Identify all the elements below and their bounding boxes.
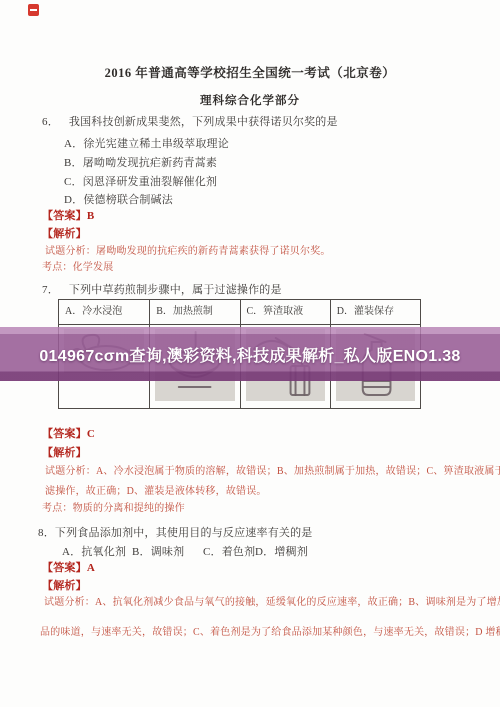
- q6-number: 6．: [42, 116, 59, 128]
- q6-keypoint: 考点：化学发展: [42, 262, 113, 273]
- q6-answer-label: 【答案】: [42, 210, 87, 222]
- q6-option-d: D．侯德榜联合制碱法: [64, 194, 173, 206]
- ad-banner-text: 014967cσm查询,澳彩资料,科技成果解析_私人版ENO1.38: [39, 343, 460, 366]
- q6-option-c: C．闵恩泽研发重油裂解催化剂: [64, 176, 217, 188]
- exam-document-page: 2016 年普通高等学校招生全国统一考试（北京卷） 理科综合化学部分 6．我国科…: [0, 0, 500, 707]
- q6-stem-text: 我国科技创新成果斐然，下列成果中获得诺贝尔奖的是: [69, 116, 338, 128]
- q8-analysis-line2: 品的味道，与速率无关，故错误；C、着色剂是为了给食品添加某种颜色，与速率无关，故…: [40, 627, 500, 638]
- q7-table-header-c: C．箅渣取液: [241, 300, 330, 325]
- q7-table-header-a: A．冷水浸泡: [59, 300, 149, 325]
- q7-analysis-line2: 滤操作，故正确；D、灌装是液体转移，故错误。: [45, 486, 267, 497]
- red-seal-icon: [28, 4, 39, 16]
- exam-subtitle: 理科综合化学部分: [0, 92, 500, 108]
- q7-number: 7．: [42, 284, 59, 296]
- q6-option-b: B．屠呦呦发现抗疟新药青蒿素: [64, 157, 217, 169]
- q6-option-a: A．徐光宪建立稀土串级萃取理论: [64, 138, 229, 150]
- q8-stem-line: 8．下列食品添加剂中，其使用目的与反应速率有关的是: [38, 527, 313, 539]
- q6-answer-value: B: [87, 210, 95, 222]
- q6-stem-line: 6．我国科技创新成果斐然，下列成果中获得诺贝尔奖的是: [42, 116, 338, 128]
- q8-analysis-line1: 试题分析：A、抗氧化剂减少食品与氧气的接触，延缓氧化的反应速率，故正确；B、调味…: [44, 597, 500, 608]
- q6-analysis-text: 试题分析：屠呦呦发现的抗疟疾的新药青蒿素获得了诺贝尔奖。: [45, 246, 331, 257]
- q8-option-a: A．抗氧化剂: [62, 546, 126, 558]
- q7-stem-text: 下列中草药煎制步骤中，属于过滤操作的是: [69, 284, 282, 296]
- q8-answer-value: A: [87, 562, 95, 574]
- q7-table-header-b: B．加热煎制: [150, 300, 239, 325]
- q7-answer-value: C: [87, 428, 95, 440]
- q8-option-d: D．增稠剂: [255, 546, 308, 558]
- q7-answer-line: 【答案】C: [42, 428, 95, 440]
- q7-analysis-line1: 试题分析：A、冷水浸泡属于物质的溶解，故错误；B、加热煎制属于加热，故错误；C、…: [45, 466, 500, 477]
- ad-overlay-banner[interactable]: 014967cσm查询,澳彩资料,科技成果解析_私人版ENO1.38: [0, 327, 500, 381]
- q7-keypoint: 考点：物质的分离和提纯的操作: [42, 503, 185, 514]
- q7-analysis-label: 【解析】: [42, 447, 87, 459]
- q7-stem-line: 7．下列中草药煎制步骤中，属于过滤操作的是: [42, 284, 282, 296]
- q8-option-b: B．调味剂: [132, 546, 184, 558]
- q7-answer-label: 【答案】: [42, 428, 87, 440]
- q8-option-c: C．着色剂: [203, 546, 255, 558]
- q8-answer-line: 【答案】A: [42, 562, 95, 574]
- exam-title: 2016 年普通高等学校招生全国统一考试（北京卷）: [0, 63, 500, 81]
- q7-table-header-d: D．灌装保存: [331, 300, 420, 325]
- q6-analysis-label: 【解析】: [42, 228, 87, 240]
- q8-answer-label: 【答案】: [42, 562, 87, 574]
- q8-analysis-label: 【解析】: [42, 580, 87, 592]
- q6-answer-line: 【答案】B: [42, 210, 94, 222]
